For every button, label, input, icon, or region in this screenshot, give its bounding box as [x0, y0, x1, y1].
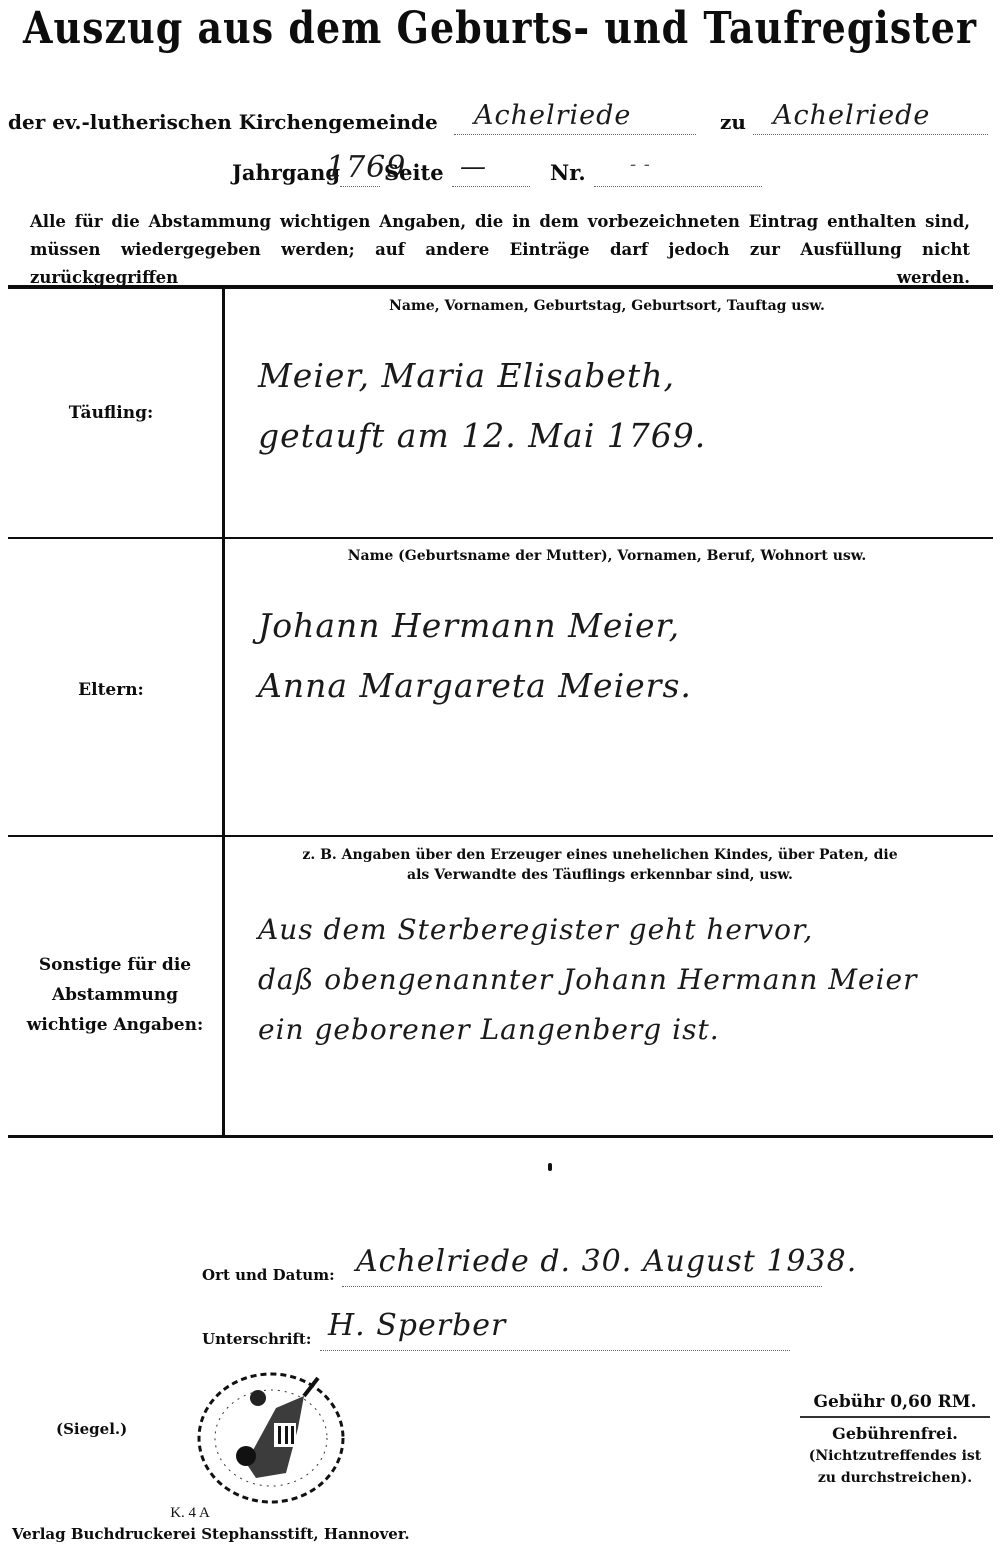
- parish-field[interactable]: Achelriede: [454, 104, 696, 135]
- row-label-parents: Eltern:: [0, 675, 222, 705]
- table-divider-2: [8, 835, 993, 837]
- row-hint-other: z. B. Angaben über den Erzeuger eines un…: [300, 845, 900, 885]
- row-content-other[interactable]: Aus dem Sterberegister geht hervor, daß …: [258, 905, 958, 1055]
- page-value: —: [460, 152, 487, 182]
- signature-row: Unterschrift: H. Sperber: [202, 1312, 902, 1354]
- page-field[interactable]: —: [452, 152, 530, 187]
- other-line-1: Aus dem Sterberegister geht hervor,: [258, 905, 958, 955]
- row-content-parents[interactable]: Johann Hermann Meier, Anna Margareta Mei…: [258, 596, 958, 716]
- row-hint-baptized: Name, Vornamen, Geburtstag, Geburtsort, …: [226, 296, 988, 316]
- church-seal-icon: [186, 1368, 356, 1508]
- parish-value: Achelriede: [474, 100, 631, 131]
- publisher-imprint: Verlag Buchdruckerei Stephansstift, Hann…: [12, 1525, 410, 1543]
- place-date-row: Ort und Datum: Achelriede d. 30. August …: [202, 1250, 902, 1290]
- baptized-line-1: Meier, Maria Elisabeth,: [258, 346, 958, 406]
- baptized-line-2: getauft am 12. Mai 1769.: [258, 406, 958, 466]
- other-line-3: ein geborener Langenberg ist.: [258, 1005, 958, 1055]
- parish-row: der ev.-lutherischen Kirchengemeinde Ach…: [8, 104, 988, 140]
- fee-amount: Gebühr 0,60 RM.: [800, 1392, 990, 1418]
- place-value: Achelriede: [773, 100, 930, 131]
- year-field[interactable]: 1769: [340, 152, 380, 187]
- fee-free: Gebührenfrei.: [800, 1424, 990, 1443]
- fee-note: (Nichtzutreffendes ist zu durchstreichen…: [800, 1445, 990, 1489]
- instructions-text: Alle für die Abstammung wichtigen Angabe…: [30, 208, 970, 292]
- row-label-baptized: Täufling:: [0, 398, 222, 428]
- form-code: K. 4 A: [140, 1505, 240, 1522]
- nr-value: - -: [630, 154, 651, 175]
- signature-label: Unterschrift:: [202, 1330, 311, 1348]
- table-top-rule: [8, 285, 993, 289]
- row-hint-parents: Name (Geburtsname der Mutter), Vornamen,…: [226, 546, 988, 566]
- parents-line-2: Anna Margareta Meiers.: [258, 656, 958, 716]
- seal-label: (Siegel.): [56, 1420, 127, 1438]
- signature-value: H. Sperber: [328, 1308, 506, 1343]
- place-field[interactable]: Achelriede: [753, 104, 988, 135]
- document-title: Auszug aus dem Geburts- und Taufregister: [0, 2, 1000, 54]
- signature-field[interactable]: H. Sperber: [320, 1312, 790, 1351]
- ink-dot: [548, 1163, 552, 1171]
- table-bottom-rule: [8, 1135, 993, 1138]
- other-line-2: daß obengenannter Johann Hermann Meier: [258, 955, 958, 1005]
- zu-label: zu: [720, 110, 746, 134]
- fee-box: Gebühr 0,60 RM. Gebührenfrei. (Nichtzutr…: [800, 1392, 990, 1489]
- parents-line-1: Johann Hermann Meier,: [258, 596, 958, 656]
- parish-label: der ev.-lutherischen Kirchengemeinde: [8, 110, 438, 134]
- row-content-baptized[interactable]: Meier, Maria Elisabeth, getauft am 12. M…: [258, 346, 958, 466]
- page-label: Seite: [384, 160, 444, 185]
- table-column-divider: [222, 289, 225, 1135]
- register-reference-row: Jahrgang 1769 Seite — Nr. - -: [232, 152, 772, 192]
- row-label-other: Sonstige für die Abstammung wichtige Ang…: [20, 950, 210, 1040]
- nr-field[interactable]: - -: [594, 152, 762, 187]
- place-date-field[interactable]: Achelriede d. 30. August 1938.: [342, 1250, 822, 1287]
- year-label: Jahrgang: [232, 160, 340, 185]
- table-divider-1: [8, 537, 993, 539]
- nr-label: Nr.: [550, 160, 586, 185]
- place-date-label: Ort und Datum:: [202, 1266, 335, 1284]
- place-date-value: Achelriede d. 30. August 1938.: [356, 1244, 857, 1279]
